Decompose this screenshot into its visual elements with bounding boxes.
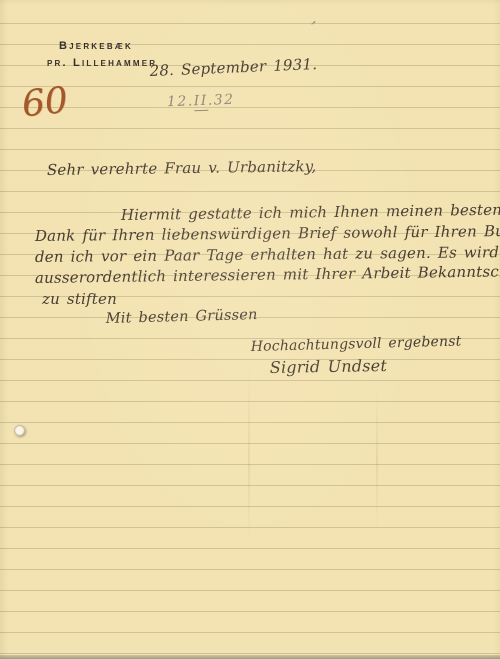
pencil-note-suffix: .32 — [208, 92, 235, 109]
pencil-note-prefix: 12. — [167, 93, 194, 110]
letterhead-line2: pr. Lillehammer — [47, 55, 157, 72]
salutation: Sehr verehrte Frau v. Urbanitzky, — [47, 157, 317, 179]
valediction-line: Hochachtungsvoll ergebenst — [251, 333, 462, 355]
pencil-corner-mark: ’ — [306, 18, 317, 39]
closing-line: Mit besten Grüssen — [106, 307, 258, 327]
body-line: ausserordentlich interessieren mit Ihrer… — [35, 262, 500, 287]
paper-crease — [248, 365, 250, 545]
punch-hole — [14, 425, 25, 436]
handwritten-date: 28. September 1931. — [149, 55, 317, 80]
body-line: Dank für Ihren liebenswürdigen Brief sow… — [35, 222, 500, 245]
archive-number: 60 — [20, 81, 70, 126]
signature: Sigrid Undset — [270, 356, 387, 377]
paper-crease — [376, 390, 378, 530]
paper-vignette — [0, 0, 500, 659]
body-line: zu stiften — [42, 290, 117, 308]
letter-scan: Bjerkebæk pr. Lillehammer 28. September … — [0, 0, 500, 659]
letterhead: Bjerkebæk pr. Lillehammer — [47, 38, 157, 72]
letterhead-line1: Bjerkebæk — [59, 38, 157, 55]
body-line: Hiermit gestatte ich mich Ihnen meinen b… — [121, 201, 500, 224]
paper-bottom-edge — [0, 655, 500, 659]
pencil-date-note: 12.II.32 — [167, 92, 235, 110]
paper-ruling — [0, 0, 500, 659]
pencil-note-underlined: II — [193, 93, 208, 111]
